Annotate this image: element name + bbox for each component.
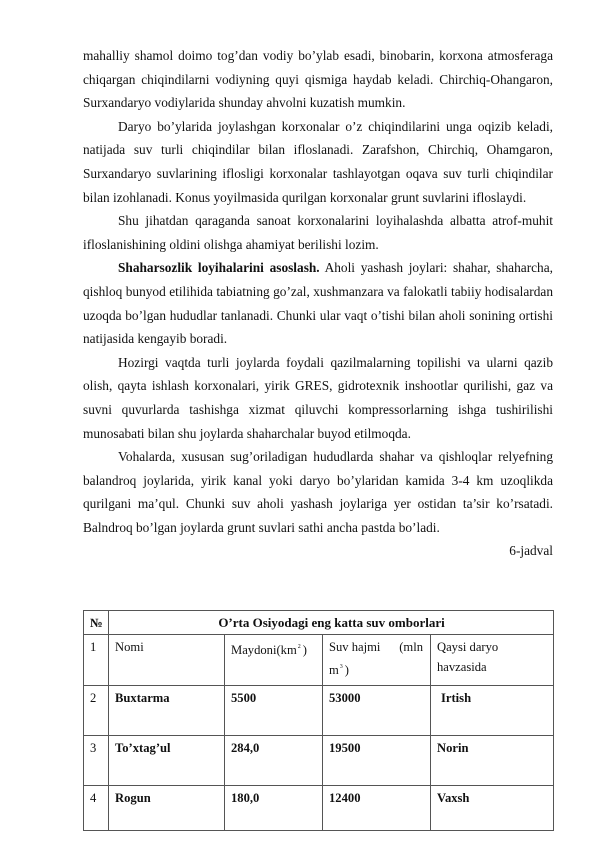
table-title: O’rta Osiyodagi eng katta suv omborlari [109, 611, 554, 635]
document-page: mahalliy shamol doimo tog’dan vodiy bo’y… [83, 44, 553, 563]
paragraph-mining-towns: Hozirgi vaqtda turli joylarda foydali qa… [83, 351, 553, 445]
paragraph-river-pollution: Daryo bo’ylarida joylashgan korxonalar o… [83, 115, 553, 209]
area-superscript: 2 [298, 644, 301, 650]
reservoir-river: Norin [431, 736, 554, 786]
reservoir-name: To’xtag’ul [109, 736, 225, 786]
reservoir-volume: 53000 [323, 686, 431, 736]
table-row: 4 Rogun 180,0 12400 Vaxsh [84, 786, 554, 831]
header-volume: Suv hajmi(mln m3) [323, 635, 431, 686]
reservoirs-table: № O’rta Osiyodagi eng katta suv omborlar… [83, 610, 554, 831]
table-header-row: 1 Nomi Maydoni(km2) Suv hajmi(mln m3) Qa… [84, 635, 554, 686]
number-header: № [84, 611, 109, 635]
reservoir-volume: 12400 [323, 786, 431, 831]
row-number: 2 [84, 686, 109, 736]
reservoir-name: Rogun [109, 786, 225, 831]
table-caption: 6-jadval [83, 539, 553, 563]
paragraph-intro: mahalliy shamol doimo tog’dan vodiy bo’y… [83, 44, 553, 115]
reservoir-area: 180,0 [225, 786, 323, 831]
header-basin: Qaysi daryo havzasida [431, 635, 554, 686]
paragraph-urban-planning: Shaharsozlik loyihalarini asoslash. Ahol… [83, 256, 553, 350]
section-heading: Shaharsozlik loyihalarini asoslash. [118, 260, 320, 275]
table-title-row: № O’rta Osiyodagi eng katta suv omborlar… [84, 611, 554, 635]
row-number: 4 [84, 786, 109, 831]
volume-superscript: 3 [340, 664, 343, 670]
paragraph-industrial-design: Shu jihatdan qaraganda sanoat korxonalar… [83, 209, 553, 256]
reservoir-name: Buxtarma [109, 686, 225, 736]
row-number: 3 [84, 736, 109, 786]
reservoir-area: 5500 [225, 686, 323, 736]
reservoir-river: Vaxsh [431, 786, 554, 831]
header-name: Nomi [109, 635, 225, 686]
header-area: Maydoni(km2) [225, 635, 323, 686]
reservoir-volume: 19500 [323, 736, 431, 786]
reservoir-river: Irtish [431, 686, 554, 736]
reservoir-area: 284,0 [225, 736, 323, 786]
table-row: 3 To’xtag’ul 284,0 19500 Norin [84, 736, 554, 786]
table-row: 2 Buxtarma 5500 53000 Irtish [84, 686, 554, 736]
paragraph-oasis-settlements: Vohalarda, xususan sug’oriladigan hududl… [83, 445, 553, 539]
header-row-number: 1 [84, 635, 109, 686]
